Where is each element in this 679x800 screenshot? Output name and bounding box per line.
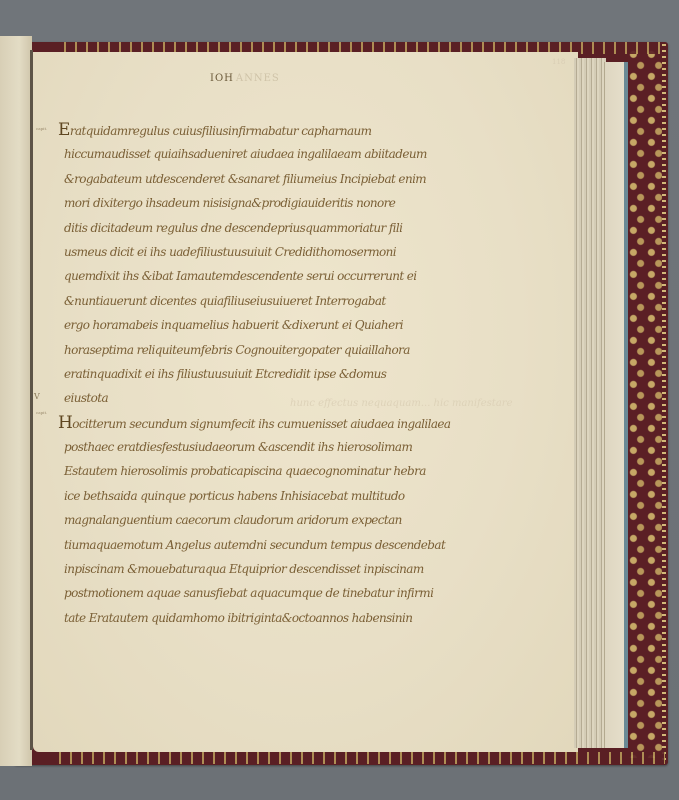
manuscript-line: quemdixit ihs &ibat Iamautemdescendente … [58, 264, 458, 288]
line-text: mori dixitergo ihsadeum nisisigna&prodig… [64, 196, 395, 210]
line-text: quemdixit ihs &ibat Iamautemdescendente … [64, 269, 417, 283]
manuscript-line: mori dixitergo ihsadeum nisisigna&prodig… [58, 191, 458, 215]
manuscript-line: posthaec eratdiesfestusiudaeorum &ascend… [58, 435, 458, 459]
initial-letter: E [58, 120, 70, 140]
manuscript-line: ice bethsaida quinque porticus habens In… [58, 484, 458, 508]
manuscript-line: tate Eratautem quidamhomo ibitriginta&oc… [58, 606, 458, 630]
manuscript-line: horaseptima reliquiteumfebris Cognouiter… [58, 338, 458, 362]
running-head: IOHANNES [210, 73, 280, 84]
manuscript-line: postmotionem aquae sanusfiebat aquacumqu… [58, 581, 458, 605]
margin-note: capit. [36, 126, 52, 132]
manuscript-line: &rogabateum utdescenderet &sanaret filiu… [58, 167, 458, 191]
manuscript-line: eiustota [58, 386, 458, 410]
line-text: &rogabateum utdescenderet &sanaret filiu… [64, 172, 426, 186]
line-text: eiustota [64, 391, 108, 405]
manuscript-line: tiumaquaemotum Angelus autemdni secundum… [58, 533, 458, 557]
line-text: tate Eratautem quidamhomo ibitriginta&oc… [64, 611, 412, 625]
line-text: inpiscinam &mouebaturaqua Etquiprior des… [64, 562, 424, 576]
line-text: magnalanguentium caecorum claudorum arid… [64, 513, 402, 527]
line-text: &nuntiauerunt dicentes quiafiliuseiusuiu… [64, 294, 386, 308]
line-text: Estautem hierosolimis probaticapiscina q… [64, 464, 426, 478]
line-text: postmotionem aquae sanusfiebat aquacumqu… [64, 586, 433, 600]
line-text: ditis dicitadeum regulus dne descendepri… [64, 221, 402, 235]
manuscript-line: Hocitterum secundum signumfecit ihs cumu… [58, 411, 458, 435]
running-head-text: IOH [210, 73, 234, 84]
manuscript-line: ergo horamabeis inquamelius habuerit &di… [58, 313, 458, 337]
manuscript-line: inpiscinam &mouebaturaqua Etquiprior des… [58, 557, 458, 581]
folio-number: 118 [552, 58, 565, 66]
line-text: horaseptima reliquiteumfebris Cognouiter… [64, 343, 410, 357]
line-text: ice bethsaida quinque porticus habens In… [64, 489, 405, 503]
line-text: ocitterum secundum signumfecit ihs cumue… [72, 417, 450, 431]
initial-letter: H [58, 413, 72, 433]
manuscript-line: magnalanguentium caecorum claudorum arid… [58, 508, 458, 532]
margin-note: capit. [36, 410, 52, 416]
gilt-edge-right [662, 44, 666, 762]
text-block: Eratquidamregulus cuiusfiliusinfirmabatu… [58, 118, 458, 630]
manuscript-line: &nuntiauerunt dicentes quiafiliuseiusuiu… [58, 289, 458, 313]
running-head-faint: ANNES [236, 73, 280, 84]
line-text: ratquidamregulus cuiusfiliusinfirmabatur… [70, 124, 372, 138]
gilt-border-right [628, 50, 664, 758]
manuscript-line: hiccumaudisset quiaihsadueniret aiudaea … [58, 142, 458, 166]
page-stack [574, 58, 606, 748]
line-text: eratinquadixit ei ihs filiustuusuiuit Et… [64, 367, 386, 381]
line-text: ergo horamabeis inquamelius habuerit &di… [64, 318, 403, 332]
manuscript-line: usmeus dicit ei ihs uadefiliustuusuiuit … [58, 240, 458, 264]
line-text: hiccumaudisset quiaihsadueniret aiudaea … [64, 147, 427, 161]
line-text: usmeus dicit ei ihs uadefiliustuusuiuit … [64, 245, 396, 259]
gutter-shadow [30, 50, 33, 750]
manuscript-line: eratinquadixit ei ihs filiustuusuiuit Et… [58, 362, 458, 386]
gilt-border-bottom [55, 752, 665, 764]
line-text: posthaec eratdiesfestusiudaeorum &ascend… [64, 440, 412, 454]
manuscript-line: ditis dicitadeum regulus dne descendepri… [58, 216, 458, 240]
pastedown-edge [624, 62, 628, 748]
verso-page-edge [0, 36, 32, 766]
margin-mark: V [34, 392, 40, 401]
line-text: tiumaquaemotum Angelus autemdni secundum… [64, 538, 445, 552]
manuscript-line: Estautem hierosolimis probaticapiscina q… [58, 459, 458, 483]
manuscript-line: Eratquidamregulus cuiusfiliusinfirmabatu… [58, 118, 458, 142]
